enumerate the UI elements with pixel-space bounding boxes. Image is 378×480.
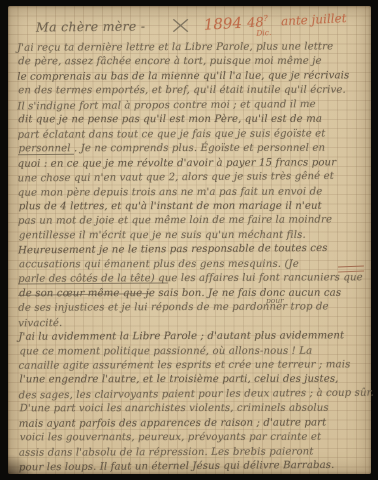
letter-line: Heureusement je ne le tiens pas responsa…: [18, 242, 368, 259]
letter-line: voici les gouvernants, peureux, prévoyan…: [20, 431, 370, 446]
annotation-year: 1894: [203, 14, 242, 34]
letter-line: l'une engendre l'autre, et le troisième …: [20, 373, 370, 388]
scan-background: ⨯ 1894 48? ante juillet Dic. Ma chère mè…: [0, 0, 378, 480]
letter-line: mais ayant parfois des apparences de rai…: [19, 416, 369, 432]
letter-line: de père, assez fâchée encore à tort, pui…: [18, 55, 368, 70]
letter-line: D'une part voici les anarchistes violent…: [20, 402, 370, 417]
letter-line: personnel . Je ne comprends plus. Égoïst…: [19, 142, 369, 157]
archival-date-annotation: 1894 48? ante juillet Dic.: [203, 8, 374, 43]
letter-line: vivacité.: [18, 314, 368, 331]
letter-body: J'ai reçu ta dernière lettre et la Libre…: [17, 40, 369, 475]
letter-greeting: Ma chère mère -: [36, 18, 145, 34]
letter-line: en des termes emportés, et bref, qu'il é…: [18, 84, 368, 99]
letter-line: de son cœur même que je sais bon. Je ne …: [19, 286, 369, 301]
pencil-x-mark: ⨯: [168, 11, 193, 41]
letter-line: accusations qui émanent plus des gens me…: [19, 257, 369, 272]
letter-line: de ses injustices et je lui réponds de m…: [18, 300, 368, 316]
letter-line: dit que je ne pense pas qu'il est mon Pè…: [18, 113, 368, 128]
page-corner-shadow: [8, 454, 34, 474]
letter-line: J'ai lu avidemment la Libre Parole ; d'a…: [18, 329, 368, 345]
letter-line: pas un mot de joie et que même loin de m…: [18, 214, 368, 230]
letter-page: ⨯ 1894 48? ante juillet Dic. Ma chère mè…: [8, 6, 371, 474]
letter-line: part éclatant dans tout ce que je fais q…: [17, 127, 367, 143]
letter-line: le comprenais au bas de la mienne qu'il …: [17, 69, 367, 85]
letter-line: que ce moment politique passionné, où al…: [19, 344, 369, 359]
letter-line: une chose qui n'en vaut que 2, alors que…: [18, 170, 368, 187]
letter-line: que mon père depuis trois ans ne m'a pas…: [18, 185, 368, 201]
letter-line: pour les loups. Il faut un éternel Jésus…: [19, 459, 369, 476]
letter-line: parle des côtés de la tête) que les affa…: [18, 271, 368, 287]
letter-line: plus de 4 lettres, et qu'à l'instant de …: [19, 200, 369, 215]
